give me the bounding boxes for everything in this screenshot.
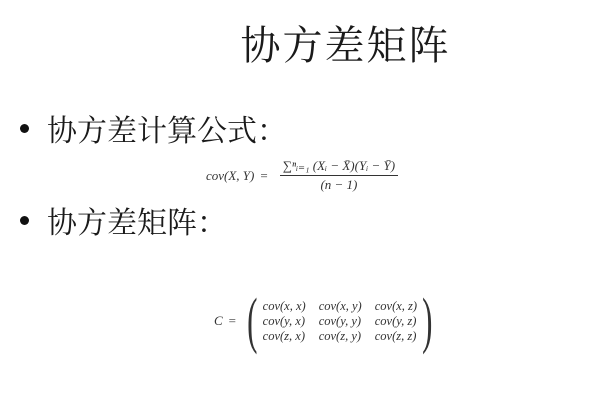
covariance-matrix: C = ( cov(x, x) cov(x, y) cov(x, z) cov(… <box>214 290 438 352</box>
matrix-cell: cov(x, y) <box>319 299 362 314</box>
formula-lhs: cov(X, Y) <box>206 168 254 184</box>
matrix-cell: cov(y, z) <box>375 314 417 329</box>
matrix-lhs: C <box>214 313 223 329</box>
matrix-cell: cov(z, y) <box>319 329 362 344</box>
bullet-label: 协方差计算公式： <box>47 106 287 150</box>
matrix-equals: = <box>229 313 236 329</box>
formula-denominator: (n − 1) <box>320 176 357 193</box>
matrix-cell: cov(x, x) <box>263 299 306 314</box>
formula-numerator: ∑ⁿᵢ₌₁ (Xᵢ − X̄)(Yᵢ − Ȳ) <box>280 158 398 176</box>
slide-title: 协方差矩阵 <box>0 14 601 71</box>
formula-equals: = <box>260 168 267 184</box>
matrix-cell: cov(y, y) <box>319 314 362 329</box>
matrix-cell: cov(x, z) <box>375 299 417 314</box>
matrix-cell: cov(z, z) <box>375 329 417 344</box>
bullet-dot-icon <box>20 124 29 133</box>
formula-fraction: ∑ⁿᵢ₌₁ (Xᵢ − X̄)(Yᵢ − Ȳ) (n − 1) <box>280 158 398 193</box>
bullet-dot-icon <box>20 216 29 225</box>
bullet-covariance-matrix: 协方差矩阵： <box>20 198 227 242</box>
bullet-covariance-formula: 协方差计算公式： <box>20 106 287 150</box>
bullet-label: 协方差矩阵： <box>47 198 227 242</box>
right-paren-icon: ) <box>422 290 432 352</box>
matrix-cell: cov(y, x) <box>263 314 306 329</box>
matrix-grid: cov(x, x) cov(x, y) cov(x, z) cov(y, x) … <box>263 299 417 344</box>
covariance-formula: cov(X, Y) = ∑ⁿᵢ₌₁ (Xᵢ − X̄)(Yᵢ − Ȳ) (n −… <box>206 158 398 193</box>
left-paren-icon: ( <box>247 290 257 352</box>
matrix-cell: cov(z, x) <box>263 329 306 344</box>
